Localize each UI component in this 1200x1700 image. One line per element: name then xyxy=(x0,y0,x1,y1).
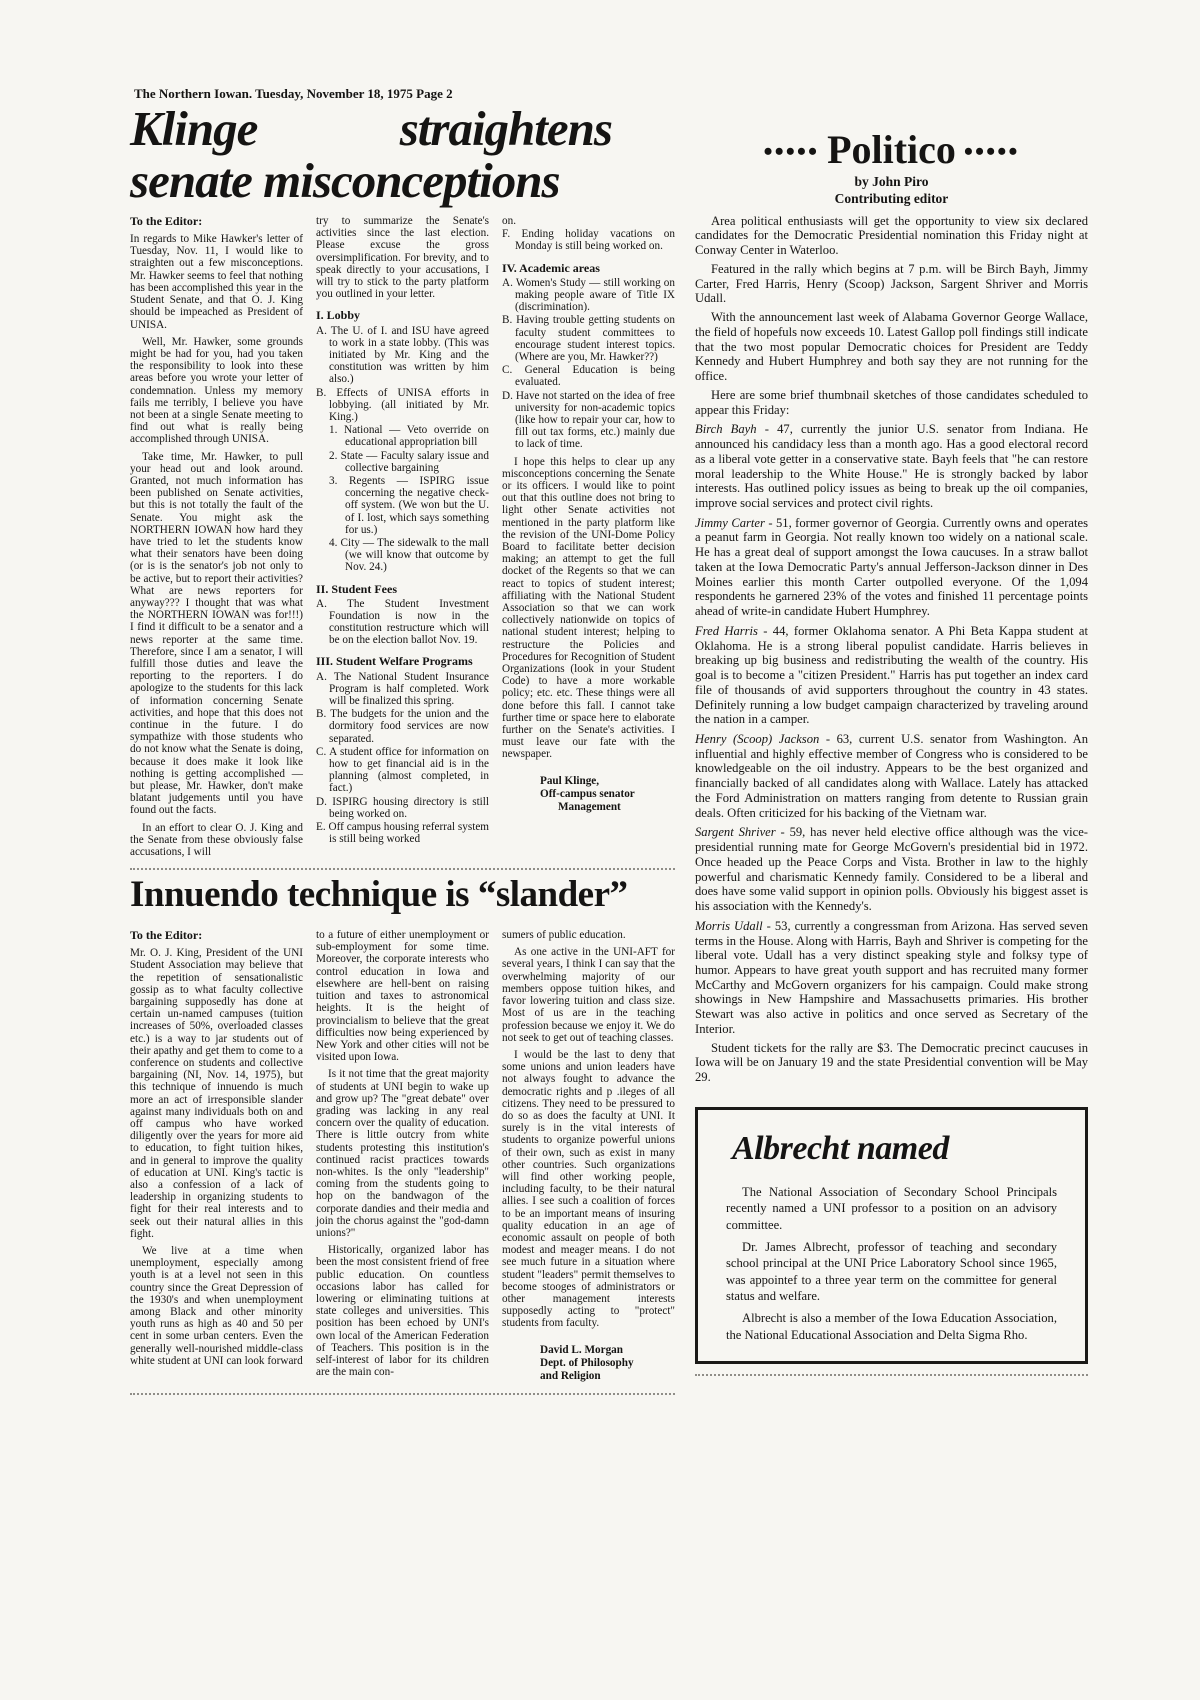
albrecht-body: The National Association of Secondary Sc… xyxy=(726,1184,1057,1343)
dotted-divider xyxy=(695,1374,1088,1376)
politico-header: ••••• Politico ••••• xyxy=(695,130,1088,170)
outline-item: F. Ending holiday vacations on Monday is… xyxy=(502,228,675,252)
outline-item: C. General Education is being evaluated. xyxy=(502,364,675,388)
albrecht-box: Albrecht named The National Association … xyxy=(695,1107,1088,1364)
paragraph: We live at a time when unemployment, esp… xyxy=(130,1245,303,1367)
paragraph: Mr. O. J. King, President of the UNI Stu… xyxy=(130,947,303,1240)
outline-subitem: 3. Regents — ISPIRG issue concerning the… xyxy=(329,475,489,536)
headline-word: straightens xyxy=(400,104,612,153)
paragraph: sumers of public education. xyxy=(502,929,675,941)
candidate-sketch: Birch Bayh - 47, currently the junior U.… xyxy=(695,422,1088,510)
signature-line: and Religion xyxy=(502,1370,675,1383)
paragraph: Dr. James Albrecht, professor of teachin… xyxy=(726,1239,1057,1304)
signature-line: David L. Morgan xyxy=(502,1344,675,1357)
masthead: The Northern Iowan. Tuesday, November 18… xyxy=(134,86,1088,102)
paragraph: to a future of either unemployment or su… xyxy=(316,929,489,1063)
outline-item: A. The U. of I. and ISU have agreed to w… xyxy=(316,325,489,386)
letter1-columns: To the Editor:In regards to Mike Hawker'… xyxy=(130,215,675,858)
byline: by John Piro Contributing editor xyxy=(695,174,1088,208)
candidate-sketch: Jimmy Carter - 51, former governor of Ge… xyxy=(695,516,1088,619)
paragraph: In an effort to clear O. J. King and the… xyxy=(130,822,303,859)
candidate-sketch: Morris Udall - 53, currently a congressm… xyxy=(695,919,1088,1037)
outline-item: B. Effects of UNISA efforts in lobbying.… xyxy=(316,387,489,424)
letter1-column-1: To the Editor:In regards to Mike Hawker'… xyxy=(130,215,303,858)
candidate-sketch: Fred Harris - 44, former Oklahoma senato… xyxy=(695,624,1088,727)
outline-item: B. Having trouble getting students on fa… xyxy=(502,314,675,363)
outline-item: D. ISPIRG housing directory is still bei… xyxy=(316,796,489,820)
paragraph: Take time, Mr. Hawker, to pull your head… xyxy=(130,451,303,817)
paragraph: Is it not time that the great majority o… xyxy=(316,1068,489,1239)
letter2-column-1: To the Editor:Mr. O. J. King, President … xyxy=(130,929,303,1383)
letter-salutation: To the Editor: xyxy=(130,215,303,228)
paragraph: With the announcement last week of Alaba… xyxy=(695,310,1088,384)
headline-klinge-line2: senate misconceptions xyxy=(130,156,675,205)
outline-item: A. The National Student Insurance Progra… xyxy=(316,671,489,708)
section-heading: III. Student Welfare Programs xyxy=(316,655,489,668)
outline-subitem: 2. State — Faculty salary issue and coll… xyxy=(329,450,489,474)
outline-item: E. Off campus housing referral system is… xyxy=(316,821,489,845)
politico-body: Area political enthusiasts will get the … xyxy=(695,214,1088,1085)
signature-line: Paul Klinge, xyxy=(502,775,675,788)
byline-role: Contributing editor xyxy=(695,191,1088,208)
paragraph: The National Association of Secondary Sc… xyxy=(726,1184,1057,1233)
section-heading: I. Lobby xyxy=(316,309,489,322)
outline-item: A. Women's Study — still working on maki… xyxy=(502,277,675,314)
paragraph: As one active in the UNI-AFT for several… xyxy=(502,946,675,1044)
outline-item: B. The budgets for the union and the dor… xyxy=(316,708,489,745)
section-heading: IV. Academic areas xyxy=(502,262,675,275)
dotted-divider xyxy=(130,868,675,870)
paragraph: Area political enthusiasts will get the … xyxy=(695,214,1088,258)
outline-subitem: 1. National — Veto override on education… xyxy=(329,424,489,448)
signature-line: Management xyxy=(502,801,675,814)
headline-albrecht: Albrecht named xyxy=(732,1130,1057,1168)
signature-line: Dept. of Philosophy xyxy=(502,1357,675,1370)
outline-item: A. The Student Investment Foundation is … xyxy=(316,598,489,647)
paragraph: I would be the last to deny that some un… xyxy=(502,1049,675,1330)
letter1-column-3: on.F. Ending holiday vacations on Monday… xyxy=(502,215,675,858)
letter2-column-2: to a future of either unemployment or su… xyxy=(316,929,489,1383)
bullet-dots-icon: ••••• xyxy=(964,135,1020,165)
bullet-dots-icon: ••••• xyxy=(764,135,820,165)
paragraph: Featured in the rally which begins at 7 … xyxy=(695,262,1088,306)
headline-klinge-line1: Klinge straightens xyxy=(130,104,612,153)
outline-item: D. Have not started on the idea of free … xyxy=(502,390,675,451)
paragraph: Historically, organized labor has been t… xyxy=(316,1244,489,1378)
candidate-sketch: Sargent Shriver - 59, has never held ele… xyxy=(695,825,1088,913)
letters-section: Klinge straightens senate misconceptions… xyxy=(130,104,675,1401)
letter1-column-2: try to summarize the Senate's activities… xyxy=(316,215,489,858)
letter-salutation: To the Editor: xyxy=(130,929,303,942)
politico-section: ••••• Politico ••••• by John Piro Contri… xyxy=(695,104,1088,1382)
letter2-column-3: sumers of public education.As one active… xyxy=(502,929,675,1383)
politico-title: Politico xyxy=(827,130,956,170)
paragraph: I hope this helps to clear up any miscon… xyxy=(502,456,675,761)
candidate-sketch: Henry (Scoop) Jackson - 63, current U.S.… xyxy=(695,732,1088,820)
paragraph: try to summarize the Senate's activities… xyxy=(316,215,489,300)
outline-subitem: 4. City — The sidewalk to the mall (we w… xyxy=(329,537,489,574)
signature-line: Off-campus senator xyxy=(502,788,675,801)
dotted-divider xyxy=(130,1393,675,1395)
paragraph: In regards to Mike Hawker's letter of Tu… xyxy=(130,233,303,331)
paragraph: on. xyxy=(502,215,675,227)
headline-word: Klinge xyxy=(130,104,257,153)
newspaper-page: The Northern Iowan. Tuesday, November 18… xyxy=(0,0,1200,1700)
paragraph: Well, Mr. Hawker, some grounds might be … xyxy=(130,336,303,446)
page-content: Klinge straightens senate misconceptions… xyxy=(130,104,1088,1401)
section-heading: II. Student Fees xyxy=(316,583,489,596)
byline-author: by John Piro xyxy=(695,174,1088,191)
outline-item: C. A student office for information on h… xyxy=(316,746,489,795)
letter2-columns: To the Editor:Mr. O. J. King, President … xyxy=(130,929,675,1383)
headline-innuendo: Innuendo technique is “slander” xyxy=(130,876,675,915)
paragraph: Albrecht is also a member of the Iowa Ed… xyxy=(726,1310,1057,1343)
paragraph: Student tickets for the rally are $3. Th… xyxy=(695,1041,1088,1085)
paragraph: Here are some brief thumbnail sketches o… xyxy=(695,388,1088,417)
